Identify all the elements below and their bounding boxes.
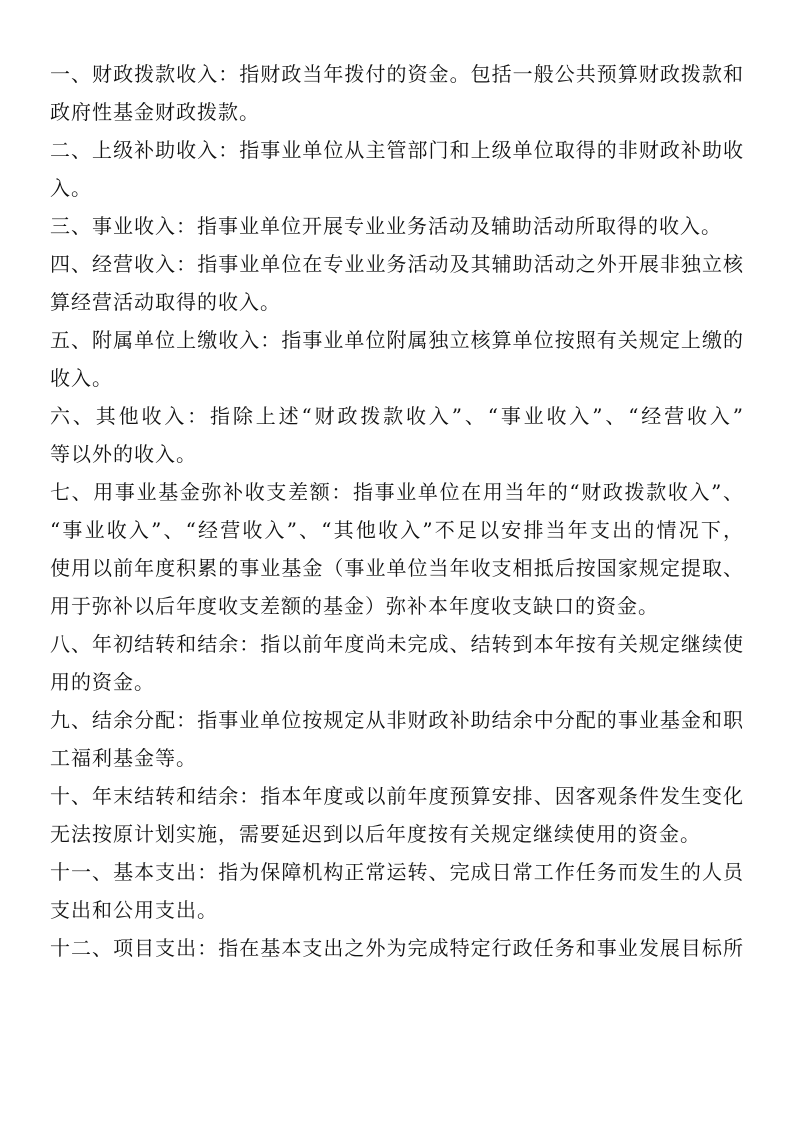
paragraph-line: 九、结余分配：指事业单位按规定从非财政补助结余中分配的事业基金和职 xyxy=(50,701,743,739)
paragraph-line: 一、财政拨款收入：指财政当年拨付的资金。包括一般公共预算财政拨款和 xyxy=(50,55,743,93)
document-page: 一、财政拨款收入：指财政当年拨付的资金。包括一般公共预算财政拨款和 政府性基金财… xyxy=(50,55,743,967)
paragraph-line: 等以外的收入。 xyxy=(50,435,743,473)
paragraph-line: 六、其他收入：指除上述“财政拨款收入”、“事业收入”、“经营收入” xyxy=(50,397,743,435)
paragraph-line: “事业收入”、“经营收入”、“其他收入”不足以安排当年支出的情况下， xyxy=(50,511,743,549)
paragraph-12-project-expenditure: 十二、项目支出：指在基本支出之外为完成特定行政任务和事业发展目标所 xyxy=(50,929,743,967)
paragraph-line: 十二、项目支出：指在基本支出之外为完成特定行政任务和事业发展目标所 xyxy=(50,929,743,967)
paragraph-9-surplus-distribution: 九、结余分配：指事业单位按规定从非财政补助结余中分配的事业基金和职 工福利基金等… xyxy=(50,701,743,777)
paragraph-line: 八、年初结转和结余：指以前年度尚未完成、结转到本年按有关规定继续使 xyxy=(50,625,743,663)
paragraph-line: 无法按原计划实施，需要延迟到以后年度按有关规定继续使用的资金。 xyxy=(50,815,743,853)
paragraph-2-superior-subsidy-income: 二、上级补助收入：指事业单位从主管部门和上级单位取得的非财政补助收 入。 xyxy=(50,131,743,207)
paragraph-line: 用于弥补以后年度收支差额的基金）弥补本年度收支缺口的资金。 xyxy=(50,587,743,625)
paragraph-line: 十、年末结转和结余：指本年度或以前年度预算安排、因客观条件发生变化 xyxy=(50,777,743,815)
paragraph-line: 三、事业收入：指事业单位开展专业业务活动及辅助活动所取得的收入。 xyxy=(50,207,743,245)
paragraph-line: 五、附属单位上缴收入：指事业单位附属独立核算单位按照有关规定上缴的 xyxy=(50,321,743,359)
paragraph-line: 政府性基金财政拨款。 xyxy=(50,93,743,131)
paragraph-line: 四、经营收入：指事业单位在专业业务活动及其辅助活动之外开展非独立核 xyxy=(50,245,743,283)
paragraph-line: 工福利基金等。 xyxy=(50,739,743,777)
paragraph-4-operating-income: 四、经营收入：指事业单位在专业业务活动及其辅助活动之外开展非独立核 算经营活动取… xyxy=(50,245,743,321)
paragraph-1-fiscal-appropriation-income: 一、财政拨款收入：指财政当年拨付的资金。包括一般公共预算财政拨款和 政府性基金财… xyxy=(50,55,743,131)
paragraph-line: 使用以前年度积累的事业基金（事业单位当年收支相抵后按国家规定提取、 xyxy=(50,549,743,587)
paragraph-line: 入。 xyxy=(50,169,743,207)
paragraph-line: 十一、基本支出：指为保障机构正常运转、完成日常工作任务而发生的人员 xyxy=(50,853,743,891)
paragraph-10-closing-carryover-balance: 十、年末结转和结余：指本年度或以前年度预算安排、因客观条件发生变化 无法按原计划… xyxy=(50,777,743,853)
paragraph-line: 二、上级补助收入：指事业单位从主管部门和上级单位取得的非财政补助收 xyxy=(50,131,743,169)
paragraph-7-business-fund-offset: 七、用事业基金弥补收支差额：指事业单位在用当年的“财政拨款收入”、 “事业收入”… xyxy=(50,473,743,625)
paragraph-line: 用的资金。 xyxy=(50,663,743,701)
paragraph-11-basic-expenditure: 十一、基本支出：指为保障机构正常运转、完成日常工作任务而发生的人员 支出和公用支… xyxy=(50,853,743,929)
paragraph-line: 七、用事业基金弥补收支差额：指事业单位在用当年的“财政拨款收入”、 xyxy=(50,473,743,511)
paragraph-3-business-income: 三、事业收入：指事业单位开展专业业务活动及辅助活动所取得的收入。 xyxy=(50,207,743,245)
paragraph-line: 收入。 xyxy=(50,359,743,397)
paragraph-line: 算经营活动取得的收入。 xyxy=(50,283,743,321)
paragraph-8-opening-carryover-balance: 八、年初结转和结余：指以前年度尚未完成、结转到本年按有关规定继续使 用的资金。 xyxy=(50,625,743,701)
paragraph-5-affiliated-unit-income: 五、附属单位上缴收入：指事业单位附属独立核算单位按照有关规定上缴的 收入。 xyxy=(50,321,743,397)
paragraph-line: 支出和公用支出。 xyxy=(50,891,743,929)
paragraph-6-other-income: 六、其他收入：指除上述“财政拨款收入”、“事业收入”、“经营收入” 等以外的收入… xyxy=(50,397,743,473)
